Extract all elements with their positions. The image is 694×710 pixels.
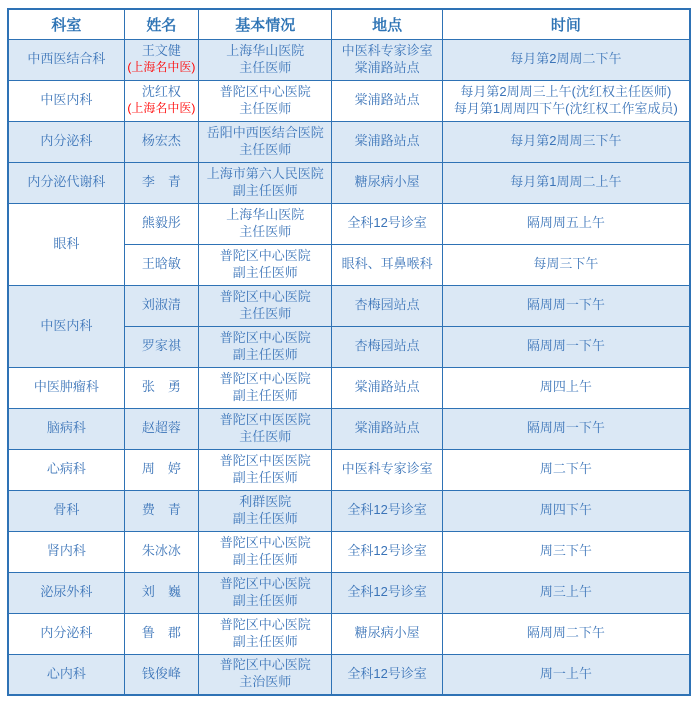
basic-info-cell: 普陀区中心医院主治医师	[199, 654, 332, 695]
location-cell: 杏梅园站点	[332, 326, 442, 367]
name-cell-line: 熊毅彤	[127, 215, 196, 232]
table-row: 泌尿外科刘 巍普陀区中心医院副主任医师全科12号诊室周三上午	[8, 572, 690, 613]
department-cell-line: 内分泌科	[11, 133, 122, 150]
name-cell-line: 刘淑清	[127, 297, 196, 314]
basic-info-cell-line: 普陀区中心医院	[201, 248, 329, 265]
location-cell-line: 棠浦路站点	[334, 420, 439, 437]
location-cell-line: 眼科、耳鼻喉科	[334, 256, 439, 273]
location-cell-line: 棠浦路站点	[334, 133, 439, 150]
basic-info-cell-line: 普陀区中医医院	[201, 412, 329, 429]
department-cell: 内分泌科	[8, 121, 124, 162]
name-cell: 沈红权(上海名中医)	[124, 80, 198, 121]
name-cell: 杨宏杰	[124, 121, 198, 162]
location-cell: 全科12号诊室	[332, 531, 442, 572]
location-cell-line: 糖尿病小屋	[334, 625, 439, 642]
location-cell: 糖尿病小屋	[332, 162, 442, 203]
name-cell-line: 沈红权	[127, 84, 196, 101]
header-cell-basic-info: 基本情况	[199, 9, 332, 39]
name-cell: 朱冰冰	[124, 531, 198, 572]
basic-info-cell-line: 副主任医师	[201, 347, 329, 364]
name-cell: 熊毅彤	[124, 203, 198, 244]
header-cell-department: 科室	[8, 9, 124, 39]
location-cell: 全科12号诊室	[332, 654, 442, 695]
table-row: 内分泌代谢科李 青上海市第六人民医院副主任医师糖尿病小屋每月第1周周二上午	[8, 162, 690, 203]
department-cell: 脑病科	[8, 408, 124, 449]
name-cell: 钱俊峰	[124, 654, 198, 695]
department-cell: 骨科	[8, 490, 124, 531]
time-cell: 每月第1周周二上午	[442, 162, 690, 203]
department-cell-line: 中西医结合科	[11, 51, 122, 68]
header-cell-time: 时间	[442, 9, 690, 39]
table-row: 中西医结合科王文健(上海名中医)上海华山医院主任医师中医科专家诊室棠浦路站点每月…	[8, 39, 690, 80]
name-cell: 周 婷	[124, 449, 198, 490]
location-cell: 棠浦路站点	[332, 80, 442, 121]
location-cell: 棠浦路站点	[332, 408, 442, 449]
basic-info-cell-line: 主任医师	[201, 224, 329, 241]
name-cell-line: 罗家祺	[127, 338, 196, 355]
name-cell: 费 青	[124, 490, 198, 531]
basic-info-cell: 利群医院副主任医师	[199, 490, 332, 531]
basic-info-cell-line: 利群医院	[201, 494, 329, 511]
location-cell-line: 中医科专家诊室	[334, 461, 439, 478]
location-cell: 棠浦路站点	[332, 121, 442, 162]
basic-info-cell: 普陀区中心医院副主任医师	[199, 613, 332, 654]
time-cell: 周一上午	[442, 654, 690, 695]
famous-doctor-note: (上海名中医)	[127, 101, 196, 117]
basic-info-cell-line: 普陀区中心医院	[201, 617, 329, 634]
department-cell-line: 心内科	[11, 666, 122, 683]
basic-info-cell-line: 主治医师	[201, 674, 329, 691]
name-cell-line: 鲁 郡	[127, 625, 196, 642]
basic-info-cell-line: 主任医师	[201, 60, 329, 77]
basic-info-cell-line: 上海华山医院	[201, 207, 329, 224]
basic-info-cell-line: 副主任医师	[201, 552, 329, 569]
basic-info-cell: 上海市第六人民医院副主任医师	[199, 162, 332, 203]
basic-info-cell: 普陀区中心医院主任医师	[199, 285, 332, 326]
table-row: 中医内科沈红权(上海名中医)普陀区中心医院主任医师棠浦路站点每月第2周周三上午(…	[8, 80, 690, 121]
basic-info-cell-line: 普陀区中心医院	[201, 289, 329, 306]
basic-info-cell-line: 普陀区中心医院	[201, 84, 329, 101]
time-cell: 隔周周五上午	[442, 203, 690, 244]
basic-info-cell-line: 普陀区中心医院	[201, 535, 329, 552]
basic-info-cell-line: 副主任医师	[201, 265, 329, 282]
department-cell-line: 中医内科	[11, 92, 122, 109]
location-cell: 全科12号诊室	[332, 490, 442, 531]
location-cell-line: 全科12号诊室	[334, 584, 439, 601]
time-cell-line: 周二下午	[445, 461, 687, 478]
department-cell: 泌尿外科	[8, 572, 124, 613]
basic-info-cell: 普陀区中心医院副主任医师	[199, 367, 332, 408]
location-cell-line: 中医科专家诊室	[334, 43, 439, 60]
time-cell: 隔周周二下午	[442, 613, 690, 654]
name-cell-line: 朱冰冰	[127, 543, 196, 560]
header-cell-name: 姓名	[124, 9, 198, 39]
location-cell-line: 全科12号诊室	[334, 502, 439, 519]
basic-info-cell: 上海华山医院主任医师	[199, 203, 332, 244]
basic-info-cell-line: 上海华山医院	[201, 43, 329, 60]
name-cell: 李 青	[124, 162, 198, 203]
name-cell: 罗家祺	[124, 326, 198, 367]
location-cell-line: 棠浦路站点	[334, 379, 439, 396]
table-row: 中医内科刘淑清普陀区中心医院主任医师杏梅园站点隔周周一下午	[8, 285, 690, 326]
time-cell-line: 周四上午	[445, 379, 687, 396]
department-cell-line: 内分泌代谢科	[11, 174, 122, 191]
location-cell: 中医科专家诊室	[332, 449, 442, 490]
basic-info-cell-line: 普陀区中心医院	[201, 576, 329, 593]
department-cell-line: 骨科	[11, 502, 122, 519]
basic-info-cell-line: 副主任医师	[201, 388, 329, 405]
department-cell: 中医肿瘤科	[8, 367, 124, 408]
basic-info-cell: 上海华山医院主任医师	[199, 39, 332, 80]
department-cell: 中西医结合科	[8, 39, 124, 80]
page: 科室 姓名 基本情况 地点 时间 中西医结合科王文健(上海名中医)上海华山医院主…	[0, 0, 694, 704]
time-cell-line: 周三下午	[445, 543, 687, 560]
location-cell: 全科12号诊室	[332, 572, 442, 613]
time-cell: 每月第2周周三下午	[442, 121, 690, 162]
department-cell-line: 中医内科	[11, 318, 122, 335]
time-cell-line: 每周三下午	[445, 256, 687, 273]
name-cell-line: 赵超蓉	[127, 420, 196, 437]
location-cell-line: 杏梅园站点	[334, 338, 439, 355]
time-cell-line: 每月第1周周二上午	[445, 174, 687, 191]
time-cell-line: 隔周周一下午	[445, 338, 687, 355]
basic-info-cell-line: 岳阳中西医结合医院	[201, 125, 329, 142]
location-cell-line: 全科12号诊室	[334, 543, 439, 560]
department-cell: 中医内科	[8, 285, 124, 367]
basic-info-cell: 普陀区中医医院副主任医师	[199, 449, 332, 490]
time-cell: 隔周周一下午	[442, 326, 690, 367]
name-cell-line: 钱俊峰	[127, 666, 196, 683]
name-cell: 刘淑清	[124, 285, 198, 326]
name-cell-line: 王文健	[127, 43, 196, 60]
basic-info-cell-line: 主任医师	[201, 429, 329, 446]
location-cell-line: 杏梅园站点	[334, 297, 439, 314]
table-row: 内分泌科杨宏杰岳阳中西医结合医院主任医师棠浦路站点每月第2周周三下午	[8, 121, 690, 162]
name-cell-line: 王晗敏	[127, 256, 196, 273]
basic-info-cell-line: 上海市第六人民医院	[201, 166, 329, 183]
table-row: 内分泌科鲁 郡普陀区中心医院副主任医师糖尿病小屋隔周周二下午	[8, 613, 690, 654]
name-cell-line: 杨宏杰	[127, 133, 196, 150]
time-cell: 隔周周一下午	[442, 285, 690, 326]
name-cell-line: 张 勇	[127, 379, 196, 396]
basic-info-cell: 普陀区中心医院副主任医师	[199, 244, 332, 285]
department-cell: 心病科	[8, 449, 124, 490]
basic-info-cell-line: 副主任医师	[201, 634, 329, 651]
basic-info-cell: 普陀区中心医院主任医师	[199, 80, 332, 121]
time-cell-line: 每月第2周周三下午	[445, 133, 687, 150]
time-cell: 每月第2周周二下午	[442, 39, 690, 80]
name-cell-line: 周 婷	[127, 461, 196, 478]
name-cell: 王晗敏	[124, 244, 198, 285]
basic-info-cell-line: 普陀区中心医院	[201, 657, 329, 674]
basic-info-cell-line: 主任医师	[201, 306, 329, 323]
basic-info-cell-line: 副主任医师	[201, 183, 329, 200]
table-row: 眼科熊毅彤上海华山医院主任医师全科12号诊室隔周周五上午	[8, 203, 690, 244]
location-cell: 糖尿病小屋	[332, 613, 442, 654]
time-cell: 隔周周一下午	[442, 408, 690, 449]
location-cell-line: 棠浦路站点	[334, 60, 439, 77]
basic-info-cell: 岳阳中西医结合医院主任医师	[199, 121, 332, 162]
time-cell: 每周三下午	[442, 244, 690, 285]
department-cell: 中医内科	[8, 80, 124, 121]
basic-info-cell-line: 普陀区中心医院	[201, 371, 329, 388]
time-cell: 周四下午	[442, 490, 690, 531]
time-cell-line: 周一上午	[445, 666, 687, 683]
table-row: 肾内科朱冰冰普陀区中心医院副主任医师全科12号诊室周三下午	[8, 531, 690, 572]
table-row: 心内科钱俊峰普陀区中心医院主治医师全科12号诊室周一上午	[8, 654, 690, 695]
department-cell: 眼科	[8, 203, 124, 285]
location-cell-line: 糖尿病小屋	[334, 174, 439, 191]
basic-info-cell-line: 主任医师	[201, 142, 329, 159]
name-cell: 赵超蓉	[124, 408, 198, 449]
name-cell-line: 费 青	[127, 502, 196, 519]
basic-info-cell-line: 主任医师	[201, 101, 329, 118]
time-cell: 周二下午	[442, 449, 690, 490]
time-cell-line: 隔周周五上午	[445, 215, 687, 232]
name-cell-line: 李 青	[127, 174, 196, 191]
name-cell: 王文健(上海名中医)	[124, 39, 198, 80]
time-cell-line: 每月第1周周四下午(沈红权工作室成员)	[445, 101, 687, 118]
time-cell-line: 每月第2周周三上午(沈红权主任医师)	[445, 84, 687, 101]
location-cell-line: 全科12号诊室	[334, 666, 439, 683]
name-cell: 刘 巍	[124, 572, 198, 613]
department-cell: 肾内科	[8, 531, 124, 572]
department-cell-line: 脑病科	[11, 420, 122, 437]
table-row: 骨科费 青利群医院副主任医师全科12号诊室周四下午	[8, 490, 690, 531]
time-cell: 周三上午	[442, 572, 690, 613]
time-cell-line: 隔周周二下午	[445, 625, 687, 642]
time-cell-line: 隔周周一下午	[445, 420, 687, 437]
schedule-table: 科室 姓名 基本情况 地点 时间 中西医结合科王文健(上海名中医)上海华山医院主…	[7, 8, 691, 696]
department-cell-line: 肾内科	[11, 543, 122, 560]
department-cell: 内分泌科	[8, 613, 124, 654]
basic-info-cell-line: 普陀区中医医院	[201, 453, 329, 470]
location-cell: 中医科专家诊室棠浦路站点	[332, 39, 442, 80]
location-cell: 全科12号诊室	[332, 203, 442, 244]
location-cell: 眼科、耳鼻喉科	[332, 244, 442, 285]
department-cell: 内分泌代谢科	[8, 162, 124, 203]
time-cell-line: 每月第2周周二下午	[445, 51, 687, 68]
time-cell-line: 周四下午	[445, 502, 687, 519]
time-cell: 周三下午	[442, 531, 690, 572]
header-row: 科室 姓名 基本情况 地点 时间	[8, 9, 690, 39]
basic-info-cell-line: 副主任医师	[201, 511, 329, 528]
department-cell-line: 心病科	[11, 461, 122, 478]
table-row: 中医肿瘤科张 勇普陀区中心医院副主任医师棠浦路站点周四上午	[8, 367, 690, 408]
time-cell-line: 周三上午	[445, 584, 687, 601]
location-cell-line: 棠浦路站点	[334, 92, 439, 109]
header-cell-location: 地点	[332, 9, 442, 39]
table-row: 脑病科赵超蓉普陀区中医医院主任医师棠浦路站点隔周周一下午	[8, 408, 690, 449]
department-cell-line: 眼科	[11, 236, 122, 253]
famous-doctor-note: (上海名中医)	[127, 60, 196, 76]
table-body: 中西医结合科王文健(上海名中医)上海华山医院主任医师中医科专家诊室棠浦路站点每月…	[8, 39, 690, 695]
department-cell: 心内科	[8, 654, 124, 695]
location-cell-line: 全科12号诊室	[334, 215, 439, 232]
basic-info-cell-line: 副主任医师	[201, 470, 329, 487]
table-row: 心病科周 婷普陀区中医医院副主任医师中医科专家诊室周二下午	[8, 449, 690, 490]
department-cell-line: 内分泌科	[11, 625, 122, 642]
basic-info-cell: 普陀区中心医院副主任医师	[199, 326, 332, 367]
name-cell-line: 刘 巍	[127, 584, 196, 601]
time-cell: 每月第2周周三上午(沈红权主任医师)每月第1周周四下午(沈红权工作室成员)	[442, 80, 690, 121]
department-cell-line: 中医肿瘤科	[11, 379, 122, 396]
time-cell-line: 隔周周一下午	[445, 297, 687, 314]
location-cell: 棠浦路站点	[332, 367, 442, 408]
basic-info-cell: 普陀区中心医院副主任医师	[199, 531, 332, 572]
name-cell: 鲁 郡	[124, 613, 198, 654]
basic-info-cell: 普陀区中心医院副主任医师	[199, 572, 332, 613]
basic-info-cell-line: 普陀区中心医院	[201, 330, 329, 347]
location-cell: 杏梅园站点	[332, 285, 442, 326]
department-cell-line: 泌尿外科	[11, 584, 122, 601]
name-cell: 张 勇	[124, 367, 198, 408]
time-cell: 周四上午	[442, 367, 690, 408]
basic-info-cell: 普陀区中医医院主任医师	[199, 408, 332, 449]
basic-info-cell-line: 副主任医师	[201, 593, 329, 610]
